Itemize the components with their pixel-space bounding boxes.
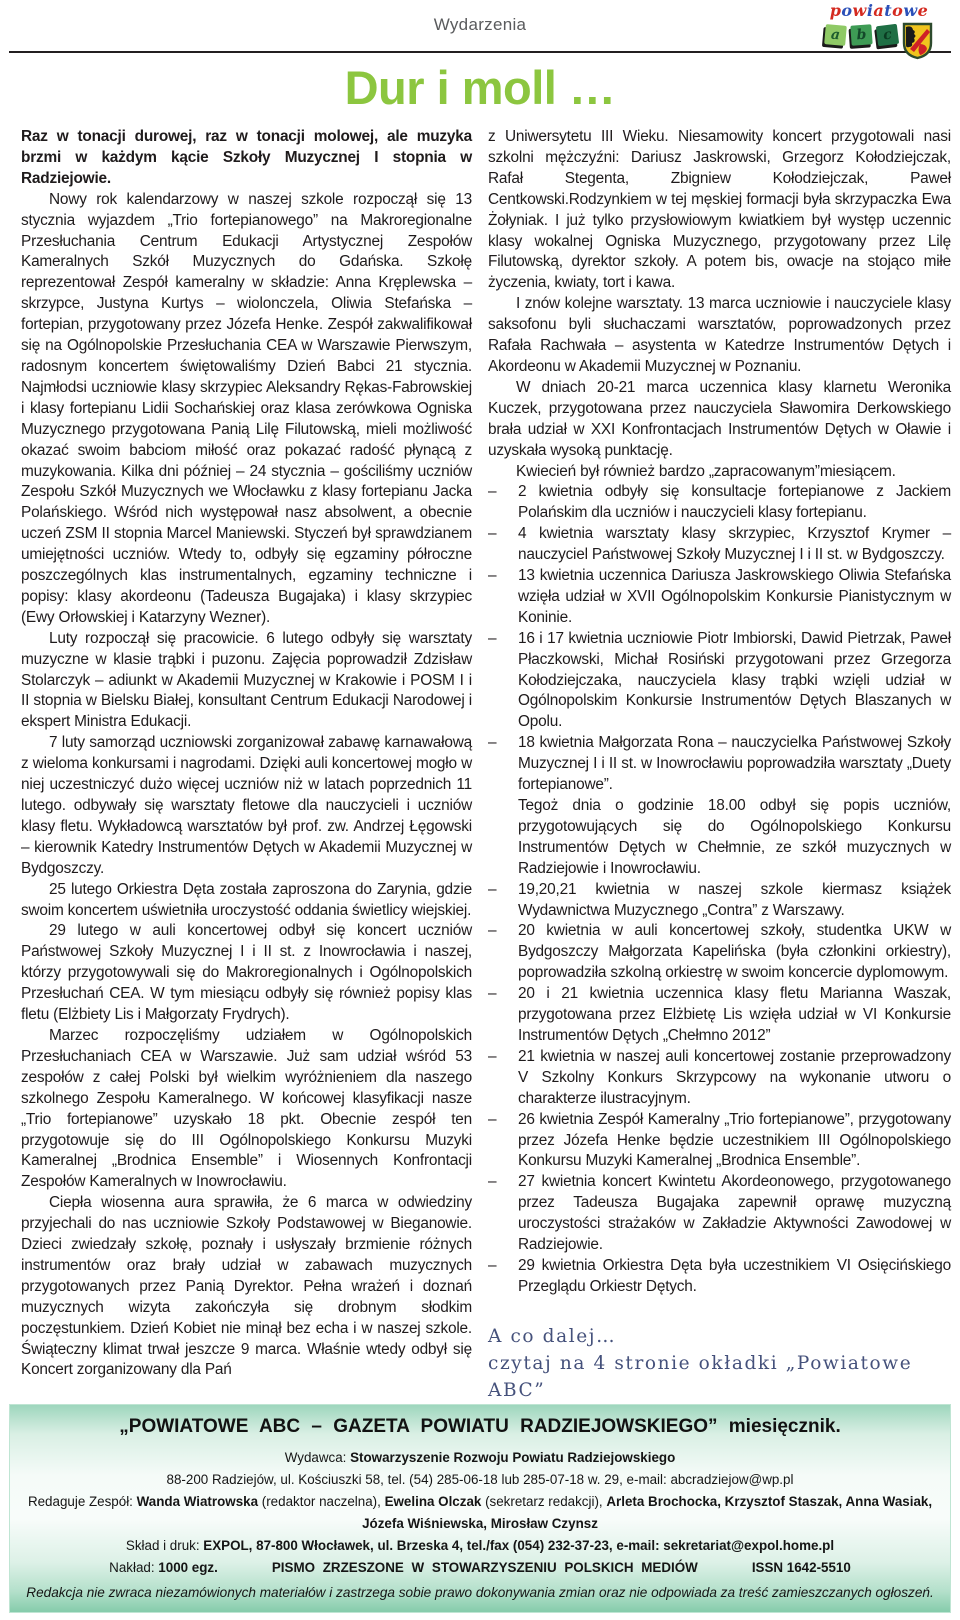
imprint-publisher-line: Wydawca: Stowarzyszenie Rozwoju Powiatu … [18,1447,942,1468]
text-block-content: Tegoż dnia o godzinie 18.00 odbył się po… [518,797,951,877]
article-body: Raz w tonacji durowej, raz w tonacji mol… [9,127,951,1404]
imprint-print-line: Skład i druk: EXPOL, 87-800 Włocławek, u… [18,1535,942,1556]
text-block: I znów kolejne warsztaty. 13 marca uczni… [488,294,951,378]
text-block-content: 20 kwietnia w auli koncertowej szkoły, s… [518,922,951,981]
text-block: Raz w tonacji durowej, raz w tonacji mol… [21,127,472,190]
logo-tile: c [876,24,899,46]
article-title: Dur i moll … [9,62,951,114]
left-column: Raz w tonacji durowej, raz w tonacji mol… [9,127,472,1404]
text-block-content: 13 kwietnia uczennica Dariusza Jaskrowsk… [518,567,951,626]
text-block-content: 25 lutego Orkiestra Dęta została zaprosz… [21,881,472,919]
print-info: EXPOL, 87-800 Włocławek, ul. Brzeska 4, … [203,1538,834,1553]
text-block-content: 20 i 21 kwietnia uczennica klasy fletu M… [518,985,951,1044]
text-block-content: W dniach 20-21 marca uczennica klasy kla… [488,379,951,459]
dash-marker: – [488,629,518,650]
logo-letter: w [853,1,867,20]
dash-marker: – [488,984,518,1005]
text-block: –26 kwietnia Zespół Kameralny „Trio fort… [488,1110,951,1173]
newspaper-logo: powiatowe abc [807,2,951,60]
association-statement: PISMO ZRZESZONE W STOWARZYSZENIU POLSKIC… [272,1557,698,1578]
text-block-content: Kwiecień był również bardzo „zapracowany… [516,463,896,480]
imprint-team-line-1: Redaguje Zespół: Wanda Wiatrowska (redak… [18,1491,942,1512]
dash-marker: – [488,1256,518,1277]
text-block: –2 kwietnia odbyły się konsultacje forte… [488,482,951,524]
text-block-content: 26 kwietnia Zespół Kameralny „Trio forte… [518,1111,951,1170]
circulation: Nakład: 1000 egz. [109,1557,218,1578]
team-name: Wanda Wiatrowska [137,1494,258,1509]
dash-marker: – [488,733,518,754]
logo-tile: b [850,24,872,45]
right-column: z Uniwersytetu III Wieku. Niesamowity ko… [488,127,951,1404]
dash-marker: – [488,482,518,503]
teaser-line-1: A co dalej… [488,1323,951,1350]
text-block-content: Luty rozpoczął się pracowicie. 6 lutego … [21,630,472,731]
text-block-content: 29 kwietnia Orkiestra Dęta była uczestni… [518,1257,951,1295]
text-block: 25 lutego Orkiestra Dęta została zaprosz… [21,880,472,922]
imprint-disclaimer: Redakcja nie zwraca niezamówionych mater… [18,1582,942,1603]
text-block-content: 18 kwietnia Małgorzata Rona – nauczyciel… [518,734,951,793]
text-block-content: Marzec rozpoczęliśmy udziałem w Ogólnopo… [21,1027,472,1190]
text-block-content: Nowy rok kalendarzowy w naszej szkole ro… [21,191,472,626]
imprint-box: „POWIATOWE ABC – GAZETA POWIATU RADZIEJO… [9,1404,951,1613]
logo-letter: e [918,1,929,20]
text-block: Luty rozpoczął się pracowicie. 6 lutego … [21,629,472,734]
text-block-content: 4 kwietnia warsztaty klasy skrzypiec, Kr… [518,525,951,563]
text-block-content: 21 kwietnia w naszej auli koncertowej zo… [518,1048,951,1107]
imprint-issn-line: Nakład: 1000 egz. PISMO ZRZESZONE W STOW… [18,1557,942,1578]
text-block: 29 lutego w auli koncertowej odbył się k… [21,921,472,1026]
text-block: –4 kwietnia warsztaty klasy skrzypiec, K… [488,524,951,566]
text-block: W dniach 20-21 marca uczennica klasy kla… [488,378,951,462]
logo-letter: p [830,1,842,20]
dash-marker: – [488,880,518,901]
team-names: Józefa Wiśniewska, Mirosław Czynsz [362,1516,598,1531]
text-block: Ciepła wiosenna aura sprawiła, że 6 marc… [21,1193,472,1381]
publisher-label: Wydawca: [285,1450,350,1465]
logo-letter: o [841,1,852,20]
text-block: 7 luty samorząd uczniowski zorganizował … [21,733,472,879]
text-block-content: 2 kwietnia odbyły się konsultacje fortep… [518,483,951,521]
print-label: Skład i druk: [126,1538,203,1553]
team-names: Arleta Brochocka, Krzysztof Staszak, Ann… [606,1494,932,1509]
text-block: Marzec rozpoczęliśmy udziałem w Ogólnopo… [21,1026,472,1193]
logo-letter: t [884,1,892,20]
page-header: Wydarzenia powiatowe abc [9,0,951,53]
logo-tile: a [824,24,847,46]
text-block-content: 19,20,21 kwietnia w naszej szkole kierma… [518,881,951,919]
read-more-teaser: A co dalej… czytaj na 4 stronie okładki … [488,1323,951,1404]
issn-number: ISSN 1642-5510 [752,1557,851,1578]
text-block: –13 kwietnia uczennica Dariusza Jaskrows… [488,566,951,629]
dash-marker: – [488,1172,518,1193]
text-block: Kwiecień był również bardzo „zapracowany… [488,462,951,483]
team-label: Redaguje Zespół: [28,1494,137,1509]
text-block: –19,20,21 kwietnia w naszej szkole kierm… [488,880,951,922]
text-block-content: 16 i 17 kwietnia uczniowie Piotr Imbiors… [518,630,951,731]
dash-marker: – [488,921,518,942]
dash-marker: – [488,1047,518,1068]
text-block-content: 29 lutego w auli koncertowej odbył się k… [21,922,472,1023]
coat-of-arms-icon [902,22,933,60]
imprint-title: „POWIATOWE ABC – GAZETA POWIATU RADZIEJO… [18,1416,942,1438]
circulation-value: 1000 egz. [158,1560,218,1575]
text-block: –18 kwietnia Małgorzata Rona – nauczycie… [488,733,951,796]
text-block: –20 i 21 kwietnia uczennica klasy fletu … [488,984,951,1047]
newspaper-page: Wydarzenia powiatowe abc Dur i moll … [0,0,960,1620]
text-block: –27 kwietnia koncert Kwintetu Akordeonow… [488,1172,951,1256]
team-role: (sekretarz redakcji), [481,1494,606,1509]
teaser-line-2: czytaj na 4 stronie okładki „Powiatowe A… [488,1350,951,1404]
imprint-address-line: 88-200 Radziejów, ul. Kościuszki 58, tel… [18,1469,942,1490]
text-block: –29 kwietnia Orkiestra Dęta była uczestn… [488,1256,951,1298]
team-role: (redaktor naczelna), [258,1494,385,1509]
text-block-content: I znów kolejne warsztaty. 13 marca uczni… [488,295,951,375]
circulation-label: Nakład: [109,1560,158,1575]
team-name: Ewelina Olczak [385,1494,482,1509]
right-column-blocks: z Uniwersytetu III Wieku. Niesamowity ko… [488,127,951,1298]
logo-wordmark: powiatowe [807,2,951,20]
dash-marker: – [488,524,518,545]
imprint-team-line-2: Józefa Wiśniewska, Mirosław Czynsz [18,1513,942,1534]
logo-letter: w [903,1,917,20]
text-block: –20 kwietnia w auli koncertowej szkoły, … [488,921,951,984]
text-block-content: 27 kwietnia koncert Kwintetu Akordeonowe… [518,1173,951,1253]
dash-marker: – [488,1110,518,1131]
text-block: –16 i 17 kwietnia uczniowie Piotr Imbior… [488,629,951,734]
text-block: z Uniwersytetu III Wieku. Niesamowity ko… [488,127,951,294]
logo-abc-tiles: abc [825,22,898,45]
text-block-content: Raz w tonacji durowej, raz w tonacji mol… [21,128,472,187]
dash-marker: – [488,566,518,587]
text-block: Nowy rok kalendarzowy w naszej szkole ro… [21,190,472,629]
text-block-content: Ciepła wiosenna aura sprawiła, że 6 marc… [21,1194,472,1378]
text-block: –21 kwietnia w naszej auli koncertowej z… [488,1047,951,1110]
text-block: Tegoż dnia o godzinie 18.00 odbył się po… [488,796,951,880]
text-block-content: z Uniwersytetu III Wieku. Niesamowity ko… [488,128,951,291]
logo-bottom-row: abc [807,22,951,60]
logo-letter: o [892,1,903,20]
logo-letter: a [873,1,884,20]
text-block-content: 7 luty samorząd uczniowski zorganizował … [21,734,472,876]
publisher-name: Stowarzyszenie Rozwoju Powiatu Radziejow… [350,1450,675,1465]
